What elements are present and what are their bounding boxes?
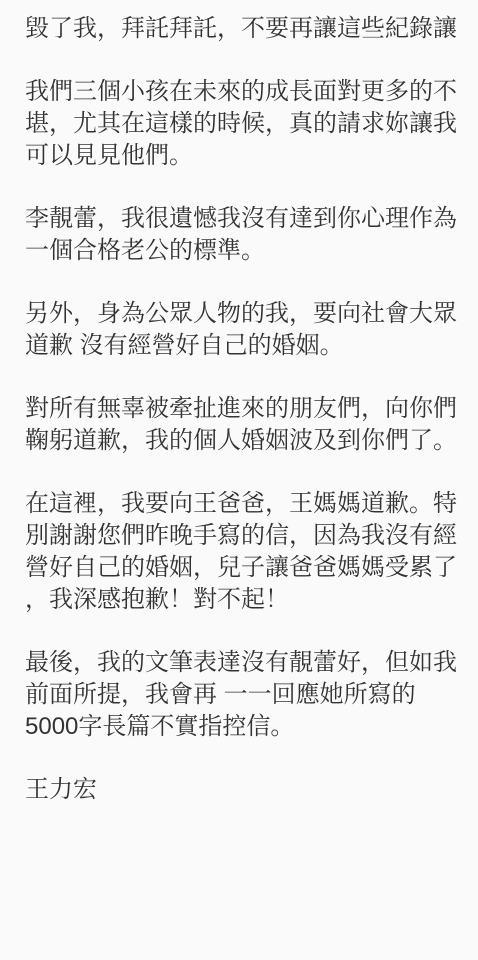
statement-letter: 毀了我，拜託拜託，不要再讓這些紀錄讓 我們三個小孩在未來的成長面對更多的不 堪，… [0, 0, 478, 806]
text-line: 最後，我的文筆表達沒有靚蕾好，但如我 [25, 647, 458, 679]
text-line: 5000字長篇不實指控信。 [25, 711, 458, 743]
paragraph: 另外，身為公眾人物的我，要向社會大眾 道歉 沒有經營好自己的婚姻。 [25, 298, 458, 362]
paragraph: 毀了我，拜託拜託，不要再讓這些紀錄讓 [25, 13, 458, 45]
text-line: 道歉 沒有經營好自己的婚姻。 [25, 330, 458, 362]
text-line: 毀了我，拜託拜託，不要再讓這些紀錄讓 [25, 13, 458, 45]
text-line: 一個合格老公的標準。 [25, 235, 458, 267]
text-line: 我們三個小孩在未來的成長面對更多的不 [25, 76, 458, 108]
text-line: 另外，身為公眾人物的我，要向社會大眾 [25, 298, 458, 330]
text-line: 鞠躬道歉，我的個人婚姻波及到你們了。 [25, 425, 458, 457]
text-line: 堪，尤其在這樣的時候，真的請求妳讓我 [25, 108, 458, 140]
text-line: 在這裡，我要向王爸爸，王媽媽道歉。特 [25, 488, 458, 520]
signature: 王力宏 [25, 774, 458, 806]
text-line: 別謝謝您們昨晚手寫的信，因為我沒有經 [25, 520, 458, 552]
text-line: ，我深感抱歉！對不起！ [25, 584, 458, 616]
paragraph: 對所有無辜被牽扯進來的朋友們，向你們 鞠躬道歉，我的個人婚姻波及到你們了。 [25, 393, 458, 457]
paragraph: 最後，我的文筆表達沒有靚蕾好，但如我 前面所提，我會再 一一回應她所寫的 500… [25, 647, 458, 743]
text-line: 李靚蕾，我很遺憾我沒有達到你心理作為 [25, 203, 458, 235]
text-line: 前面所提，我會再 一一回應她所寫的 [25, 679, 458, 711]
paragraph: 李靚蕾，我很遺憾我沒有達到你心理作為 一個合格老公的標準。 [25, 203, 458, 267]
paragraph: 在這裡，我要向王爸爸，王媽媽道歉。特 別謝謝您們昨晚手寫的信，因為我沒有經 營好… [25, 488, 458, 616]
signature-name: 王力宏 [25, 774, 458, 806]
paragraph: 我們三個小孩在未來的成長面對更多的不 堪，尤其在這樣的時候，真的請求妳讓我 可以… [25, 76, 458, 172]
text-line: 可以見見他們。 [25, 140, 458, 172]
text-line: 營好自己的婚姻，兒子讓爸爸媽媽受累了 [25, 552, 458, 584]
text-line: 對所有無辜被牽扯進來的朋友們，向你們 [25, 393, 458, 425]
